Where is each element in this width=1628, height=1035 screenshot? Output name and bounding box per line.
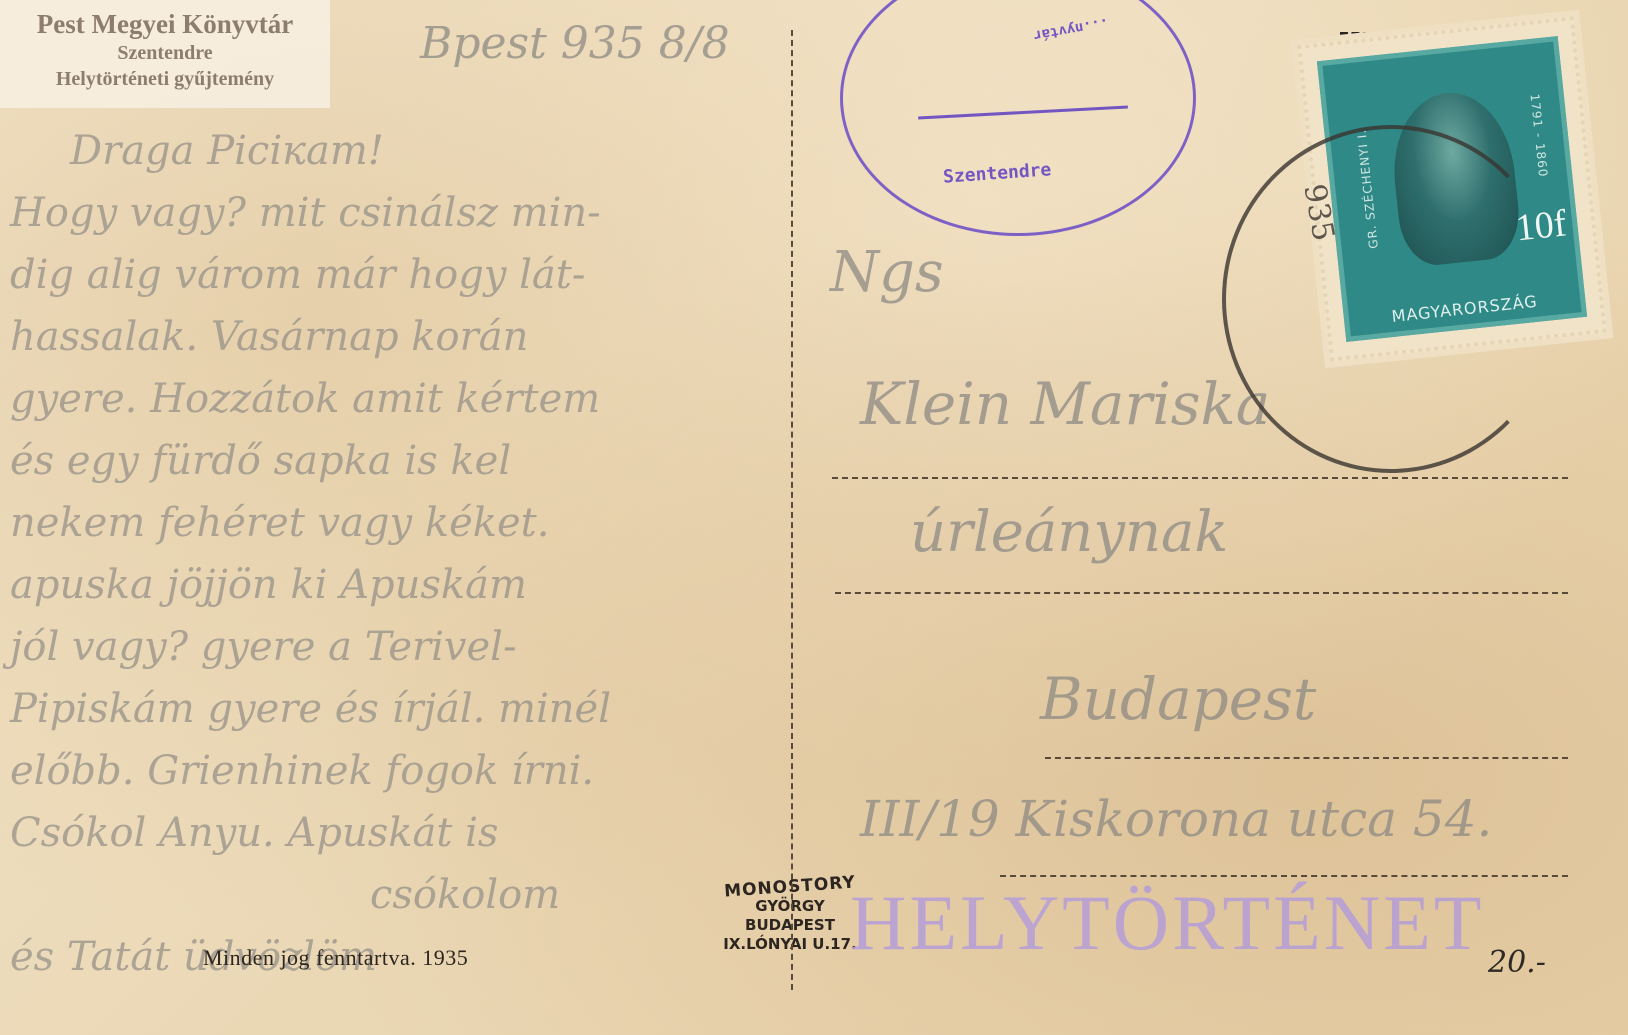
address-line-2 [835, 592, 1568, 594]
publisher-city: BUDAPEST [710, 916, 870, 935]
message-line: Draga Piciкam! [10, 120, 790, 182]
message-line: csókolom [10, 864, 790, 926]
address-line-3 [1045, 757, 1568, 759]
address-recipient: Klein Mariska [860, 370, 1270, 438]
library-stamp-town: Szentendre [942, 159, 1052, 188]
postmark-circle [1222, 125, 1560, 473]
handwritten-date: Bpest 935 8/8 [420, 18, 730, 69]
stamp-years: 1791 - 1860 [1528, 93, 1551, 178]
address-honorific: úrleánynak [910, 500, 1228, 565]
message-line: jól vagy? gyere a Terivel- [10, 616, 790, 678]
message-line: és egy fürdő sapka is kel [10, 430, 790, 492]
handwritten-message: Draga Piciкam! Hogy vagy? mit csinálsz m… [10, 120, 790, 988]
address-street: III/19 Kiskorona utca 54. [860, 790, 1492, 848]
address-title: Ngs [830, 240, 944, 305]
message-line: dig alig várom már hogy lát- [10, 244, 790, 306]
collection-stamp: HELYTÖRTÉNET [850, 878, 1484, 968]
message-line: előbb. Grienhinek fogok írni. [10, 740, 790, 802]
message-line: Csókol Anyu. Apuskát is [10, 802, 790, 864]
message-line: hassalak. Vasárnap korán [10, 306, 790, 368]
handwritten-price: 20.- [1488, 945, 1546, 980]
address-line-4 [1000, 875, 1568, 877]
postcard-back: Pest Megyei Könyvtár Szentendre Helytört… [0, 0, 1628, 1035]
message-line: nekem fehéret vagy kéket. [10, 492, 790, 554]
message-line: Hogy vagy? mit csinálsz min- [10, 182, 790, 244]
address-line-1 [832, 477, 1568, 479]
library-stamp-top-text: ...nyvtár [1032, 15, 1109, 44]
address-city: Budapest [1040, 665, 1316, 733]
publisher-imprint: MONOSTORY GYÖRGY BUDAPEST IX.LÓNYAI U.17… [710, 878, 870, 954]
watermark-collection: Helytörténeti gyűjtemény [0, 66, 330, 92]
message-line: apuska jöjjön ki Apuskám [10, 554, 790, 616]
center-divider [791, 30, 793, 990]
watermark-library-name: Pest Megyei Könyvtár [0, 8, 330, 40]
copyright-notice: Minden jog fenntartva. 1935 [203, 945, 468, 971]
library-watermark: Pest Megyei Könyvtár Szentendre Helytört… [0, 0, 330, 108]
watermark-town: Szentendre [0, 40, 330, 66]
library-stamp-bar [918, 106, 1128, 120]
message-line: gyere. Hozzátok amit kértem [10, 368, 790, 430]
message-line: Pipiskám gyere és írjál. minél [10, 678, 790, 740]
publisher-address: IX.LÓNYAI U.17. [710, 935, 870, 954]
library-ownership-stamp: ...nyvtár Szentendre [840, 0, 1196, 236]
